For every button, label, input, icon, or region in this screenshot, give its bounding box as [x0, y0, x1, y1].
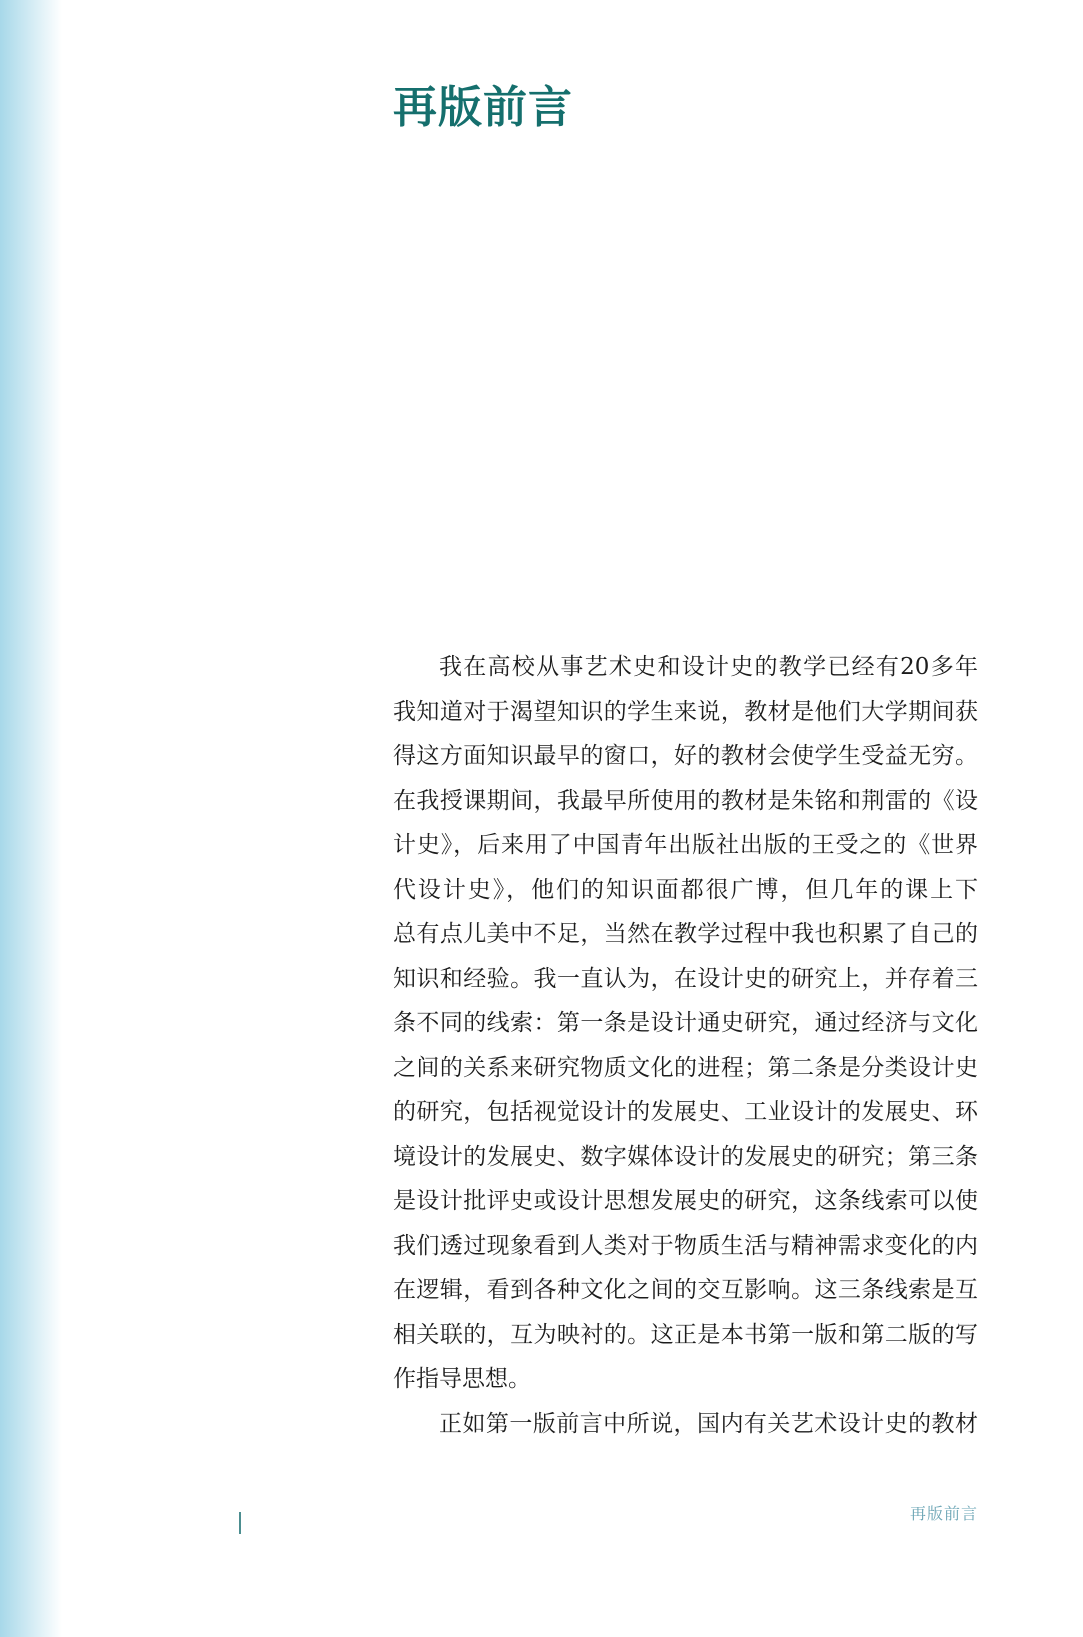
text-line: 我在高校从事艺术史和设计史的教学已经有20多年了，	[393, 645, 978, 690]
text-line: 我知道对于渴望知识的学生来说，教材是他们大学期间获	[393, 690, 978, 735]
text-line: 条不同的线索：第一条是设计通史研究，通过经济与文化	[393, 1001, 978, 1046]
page-edge-gradient	[0, 0, 62, 1637]
text-line: 代设计史》，他们的知识面都很广博，但几年的课上下来，	[393, 868, 978, 913]
text-line: 之间的关系来研究物质文化的进程；第二条是分类设计史	[393, 1046, 978, 1091]
text-line: 境设计的发展史、数字媒体设计的发展史的研究；第三条	[393, 1135, 978, 1180]
text-line: 在逻辑，看到各种文化之间的交互影响。这三条线索是互	[393, 1268, 978, 1313]
page-title: 再版前言	[393, 80, 573, 136]
body-text: 我在高校从事艺术史和设计史的教学已经有20多年了，我知道对于渴望知识的学生来说，…	[393, 645, 978, 1446]
text-line: 相关联的，互为映衬的。这正是本书第一版和第二版的写	[393, 1313, 978, 1358]
text-line: 作指导思想。	[393, 1357, 978, 1402]
text-line: 总有点儿美中不足，当然在教学过程中我也积累了自己的	[393, 912, 978, 957]
text-line: 的研究，包括视觉设计的发展史、工业设计的发展史、环	[393, 1090, 978, 1135]
text-line: 知识和经验。我一直认为，在设计史的研究上，并存着三	[393, 957, 978, 1002]
text-line: 在我授课期间，我最早所使用的教材是朱铭和荆雷的《设	[393, 779, 978, 824]
text-line: 我们透过现象看到人类对于物质生活与精神需求变化的内	[393, 1224, 978, 1269]
footer-divider	[239, 1512, 241, 1534]
book-page: 再版前言 我在高校从事艺术史和设计史的教学已经有20多年了，我知道对于渴望知识的…	[0, 0, 1083, 1637]
text-line: 计史》，后来用了中国青年出版社出版的王受之的《世界现	[393, 823, 978, 868]
text-line: 是设计批评史或设计思想发展史的研究，这条线索可以使	[393, 1179, 978, 1224]
text-line: 得这方面知识最早的窗口，好的教材会使学生受益无穷。	[393, 734, 978, 779]
footer-running-title: 再版前言	[393, 1503, 978, 1527]
text-line: 正如第一版前言中所说，国内有关艺术设计史的教材目	[393, 1402, 978, 1447]
